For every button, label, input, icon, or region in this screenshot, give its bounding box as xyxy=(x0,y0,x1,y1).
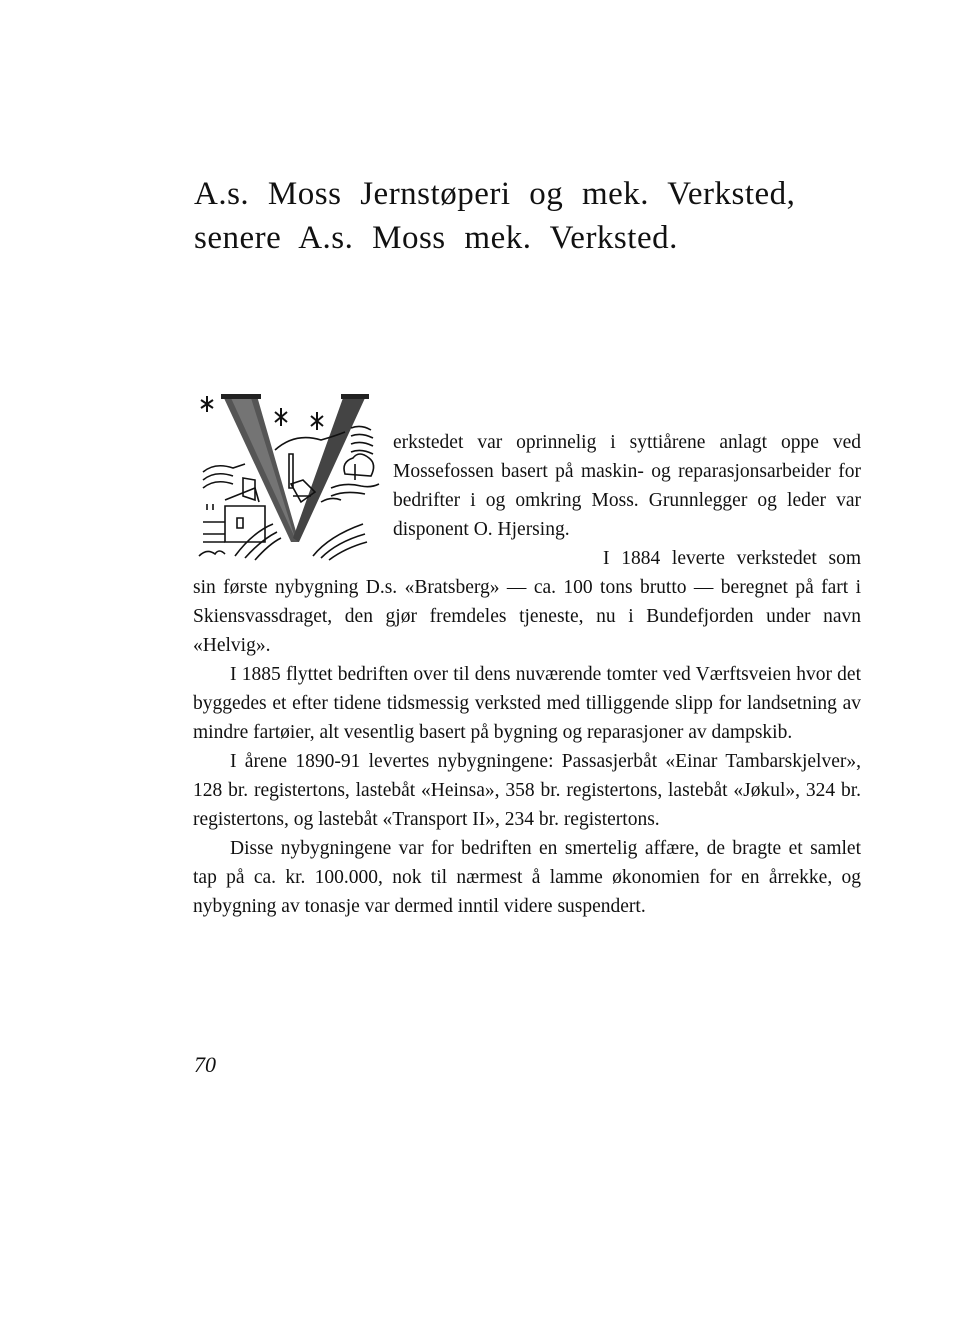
title-line-2: senere A.s. Moss mek. Verksted. xyxy=(194,216,814,260)
paragraph-5: Disse nybygningene var for bedriften en … xyxy=(193,834,861,921)
drop-cap-v-illustration-icon xyxy=(195,392,387,562)
paragraph-4: I årene 1890-91 levertes nybygningene: P… xyxy=(193,747,861,834)
title-line-1: A.s. Moss Jernstøperi og mek. Verksted, xyxy=(194,172,814,216)
page-number: 70 xyxy=(194,1052,216,1078)
paragraph-3: I 1885 flyttet bedriften over til dens n… xyxy=(193,660,861,747)
page-title: A.s. Moss Jernstøperi og mek. Verksted, … xyxy=(194,172,814,260)
body-text: erkstedet var oprinnelig i syttiårene an… xyxy=(193,428,861,921)
